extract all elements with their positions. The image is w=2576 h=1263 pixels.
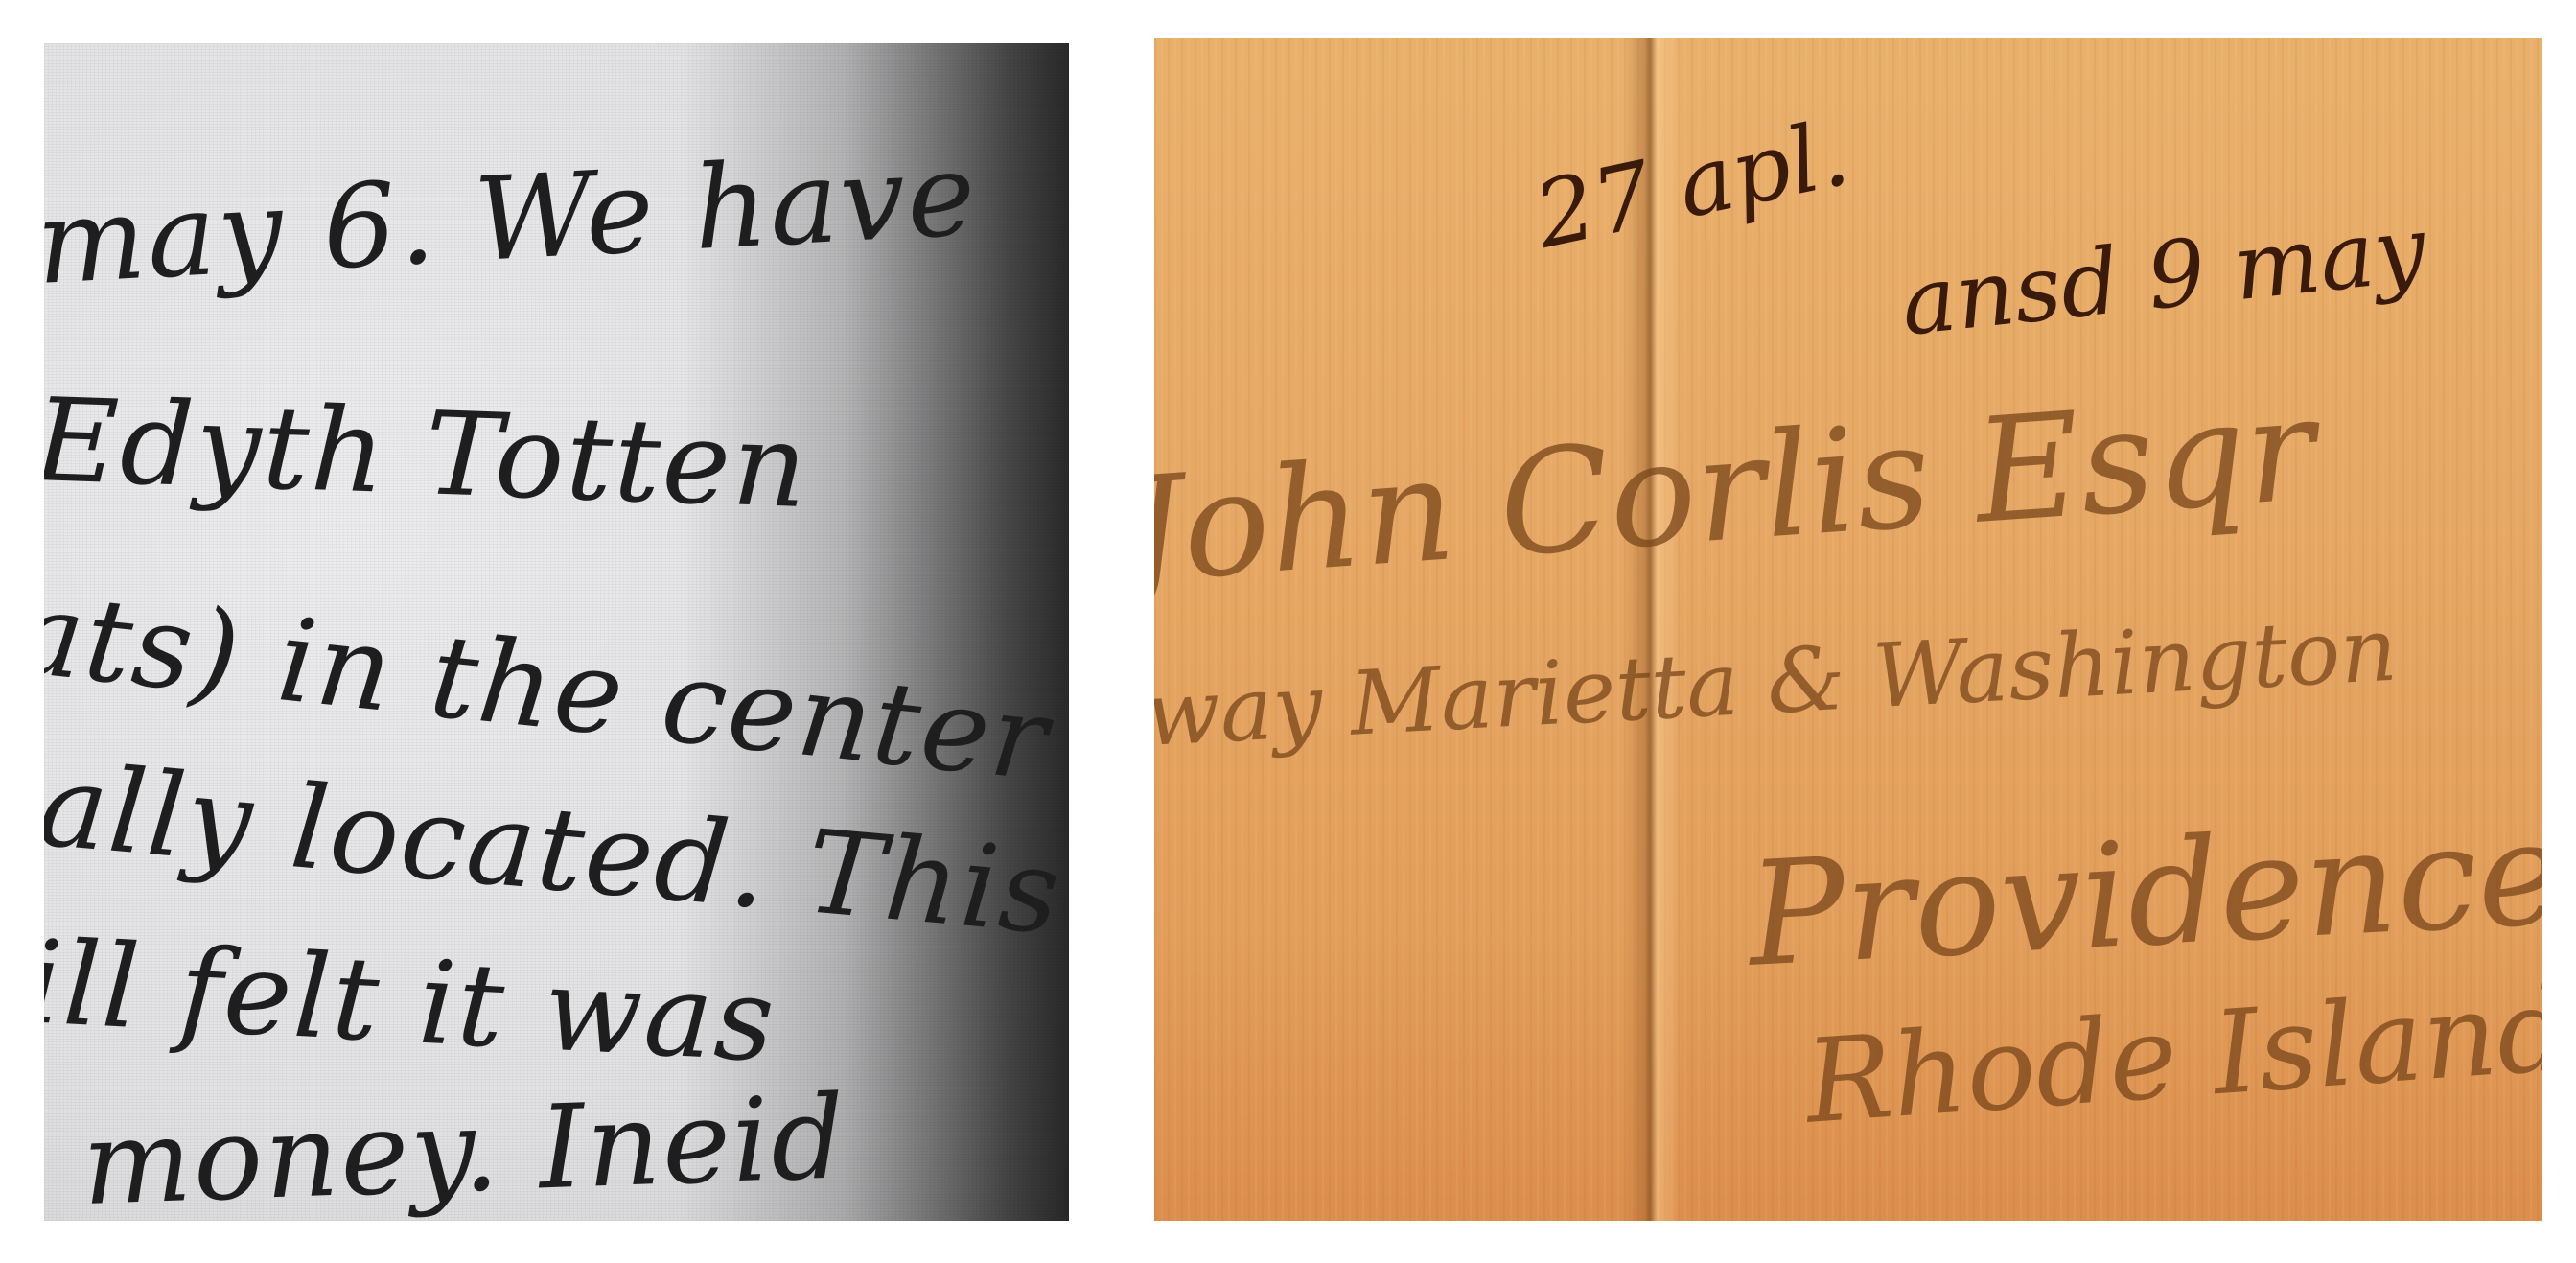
docket-answered-date: ansd 9 may <box>1897 204 2430 350</box>
letter-line-5: ill felt it was <box>44 925 778 1080</box>
envelope-image: 27 apl. ansd 9 may John Corlis Esqr way … <box>1154 38 2542 1221</box>
letter-line-1: may 6. We have <box>44 138 980 302</box>
address-state: Rhode Island <box>1802 972 2542 1140</box>
address-route: way Marietta & Washington <box>1154 606 2400 760</box>
address-name: John Corlis Esqr <box>1154 377 2319 603</box>
letter-line-6: money. Ineid <box>81 1081 848 1221</box>
letter-line-2: Edyth Totten <box>44 384 810 526</box>
address-city: Providence <box>1745 802 2542 988</box>
handwritten-letter-image: may 6. We have Edyth Totten ats) in the … <box>44 43 1069 1221</box>
docket-received-date: 27 apl. <box>1528 108 1856 263</box>
